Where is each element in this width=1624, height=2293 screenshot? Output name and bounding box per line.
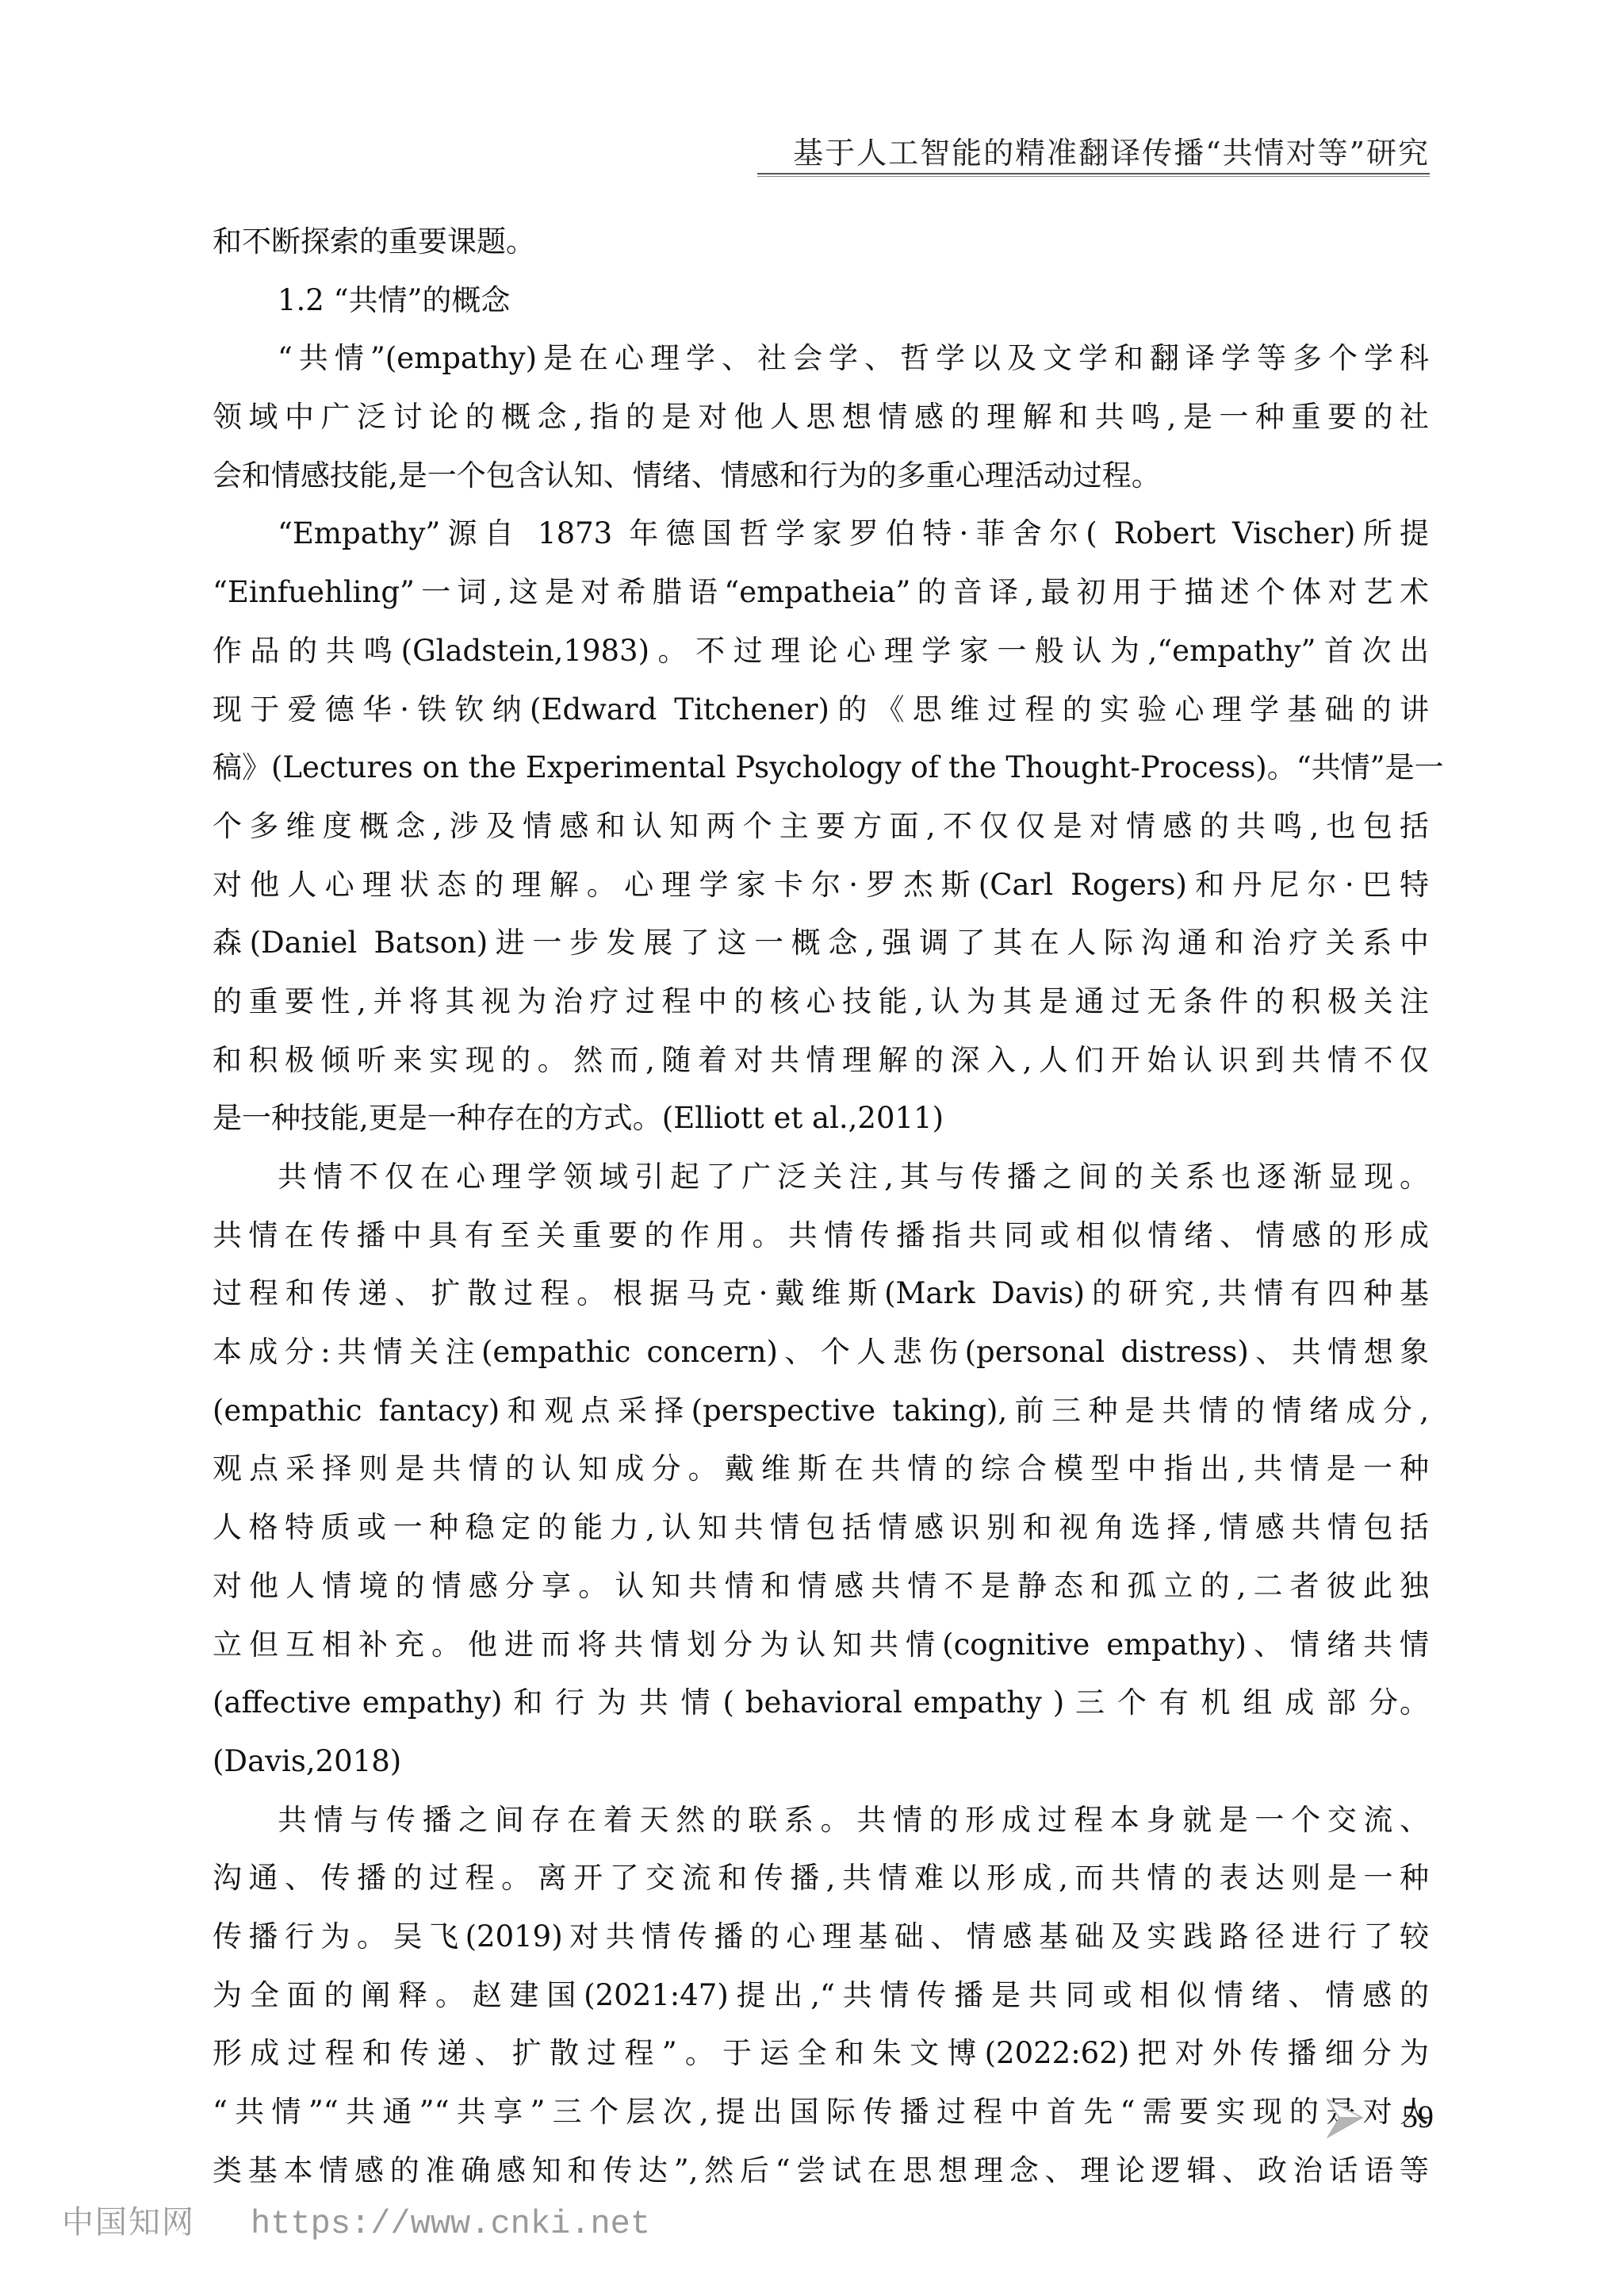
paragraph-line: 形成过程和传递、扩散过程”。于运全和朱文博(2022:62)把对外传播细分为 xyxy=(213,2024,1429,2083)
paragraph-line: 共情不仅在心理学领域引起了广泛关注,其与传播之间的关系也逐渐显现。 xyxy=(213,1148,1429,1206)
paragraph-line: (Davis,2018) xyxy=(213,1732,1429,1791)
watermark: 中国知网https://www.cnki.net xyxy=(62,2197,650,2243)
paragraph-line: 沟通、传播的过程。离开了交流和传播,共情难以形成,而共情的表达则是一种 xyxy=(213,1849,1429,1908)
paragraph-line: 人格特质或一种稳定的能力,认知共情包括情感识别和视角选择,情感共情包括 xyxy=(213,1498,1429,1557)
paragraph-line: 和不断探索的重要课题。 xyxy=(213,213,1429,271)
body-text: 和不断探索的重要课题。 1.2 “共情”的概念 “共情”(empathy)是在心… xyxy=(213,213,1429,2199)
header-rule xyxy=(757,173,1430,177)
paragraph-line: 对他人情境的情感分享。认知共情和情感共情不是静态和孤立的,二者彼此独 xyxy=(213,1557,1429,1616)
paragraph-line: 类基本情感的准确感知和传达”,然后“尝试在思想理念、理论逻辑、政治话语等 xyxy=(213,2142,1429,2200)
paragraph-line: “Einfuehling”一词,这是对希腊语“empatheia”的音译,最初用… xyxy=(213,563,1429,622)
paragraph-line: 观点采择则是共情的认知成分。戴维斯在共情的综合模型中指出,共情是一种 xyxy=(213,1440,1429,1498)
paragraph-line: 和积极倾听来实现的。然而,随着对共情理解的深入,人们开始认识到共情不仅 xyxy=(213,1031,1429,1090)
paragraph-line: (affective empathy) 和 行 为 共 情 ( behavior… xyxy=(213,1674,1429,1732)
paragraph-line: 为全面的阐释。赵建国(2021:47)提出,“共情传播是共同或相似情绪、情感的 xyxy=(213,1966,1429,2025)
page-arrow-icon xyxy=(1326,2098,1364,2139)
paragraph-line: 共情在传播中具有至关重要的作用。共情传播指共同或相似情绪、情感的形成 xyxy=(213,1206,1429,1265)
page-number: 59 xyxy=(1402,2098,1434,2135)
paragraph-line: 共情与传播之间存在着天然的联系。共情的形成过程本身就是一个交流、 xyxy=(213,1791,1429,1850)
paragraph-line: “共情”“共通”“共享”三个层次,提出国际传播过程中首先“需要实现的是对人 xyxy=(213,2083,1429,2142)
watermark-name: 中国知网 xyxy=(62,2204,195,2241)
paragraph-line: 本成分:共情关注(empathic concern)、个人悲伤(personal… xyxy=(213,1323,1429,1382)
paragraph-line: 作品的共鸣(Gladstein,1983)。不过理论心理学家一般认为,“empa… xyxy=(213,622,1429,681)
paragraph-line: 的重要性,并将其视为治疗过程中的核心技能,认为其是通过无条件的积极关注 xyxy=(213,972,1429,1031)
paragraph-line: 立但互相补充。他进而将共情划分为认知共情(cognitive empathy)、… xyxy=(213,1616,1429,1674)
paragraph-line: 传播行为。吴飞(2019)对共情传播的心理基础、情感基础及实践路径进行了较 xyxy=(213,1908,1429,1966)
paragraph-line: 过程和传递、扩散过程。根据马克·戴维斯(Mark Davis)的研究,共情有四种… xyxy=(213,1264,1429,1323)
section-heading: 1.2 “共情”的概念 xyxy=(213,271,1429,330)
paragraph-line: 会和情感技能,是一个包含认知、情绪、情感和行为的多重心理活动过程。 xyxy=(213,447,1429,505)
paragraph-line: 稿》(Lectures on the Experimental Psycholo… xyxy=(213,738,1429,797)
watermark-url: https://www.cnki.net xyxy=(251,2205,650,2243)
paragraph-line: “共情”(empathy)是在心理学、社会学、哲学以及文学和翻译学等多个学科 xyxy=(213,329,1429,388)
paragraph-line: 领域中广泛讨论的概念,指的是对他人思想情感的理解和共鸣,是一种重要的社 xyxy=(213,388,1429,447)
paragraph-line: 现于爱德华·铁钦纳(Edward Titchener)的《思维过程的实验心理学基… xyxy=(213,681,1429,739)
running-header-title: 基于人工智能的精准翻译传播“共情对等”研究 xyxy=(757,133,1430,173)
paragraph-line: 对他人心理状态的理解。心理学家卡尔·罗杰斯(Carl Rogers)和丹尼尔·巴… xyxy=(213,856,1429,915)
paragraph-line: “Empathy”源自 1873 年德国哲学家罗伯特·菲舍尔( Robert V… xyxy=(213,504,1429,563)
paragraph-line: 森(Daniel Batson)进一步发展了这一概念,强调了其在人际沟通和治疗关… xyxy=(213,914,1429,972)
paragraph-line: 个多维度概念,涉及情感和认知两个主要方面,不仅仅是对情感的共鸣,也包括 xyxy=(213,797,1429,856)
paragraph-line: 是一种技能,更是一种存在的方式。(Elliott et al.,2011) xyxy=(213,1089,1429,1148)
paragraph-line: (empathic fantacy)和观点采择(perspective taki… xyxy=(213,1382,1429,1440)
